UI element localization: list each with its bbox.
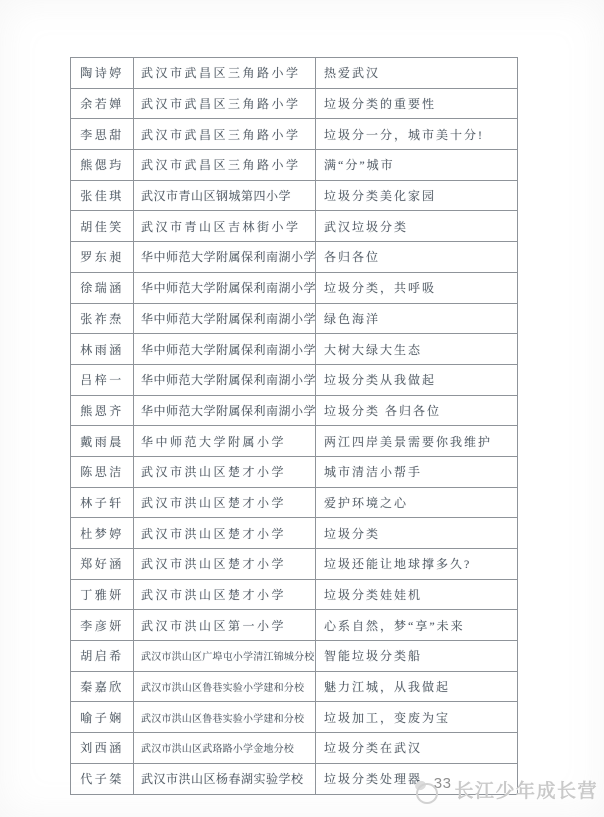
results-table-body: 陶诗婷 武汉市武昌区三角路小学 热爱武汉 余若婵 武汉市武昌区三角路小学 垃圾分… — [71, 58, 518, 795]
student-name-cell: 陶诗婷 — [71, 58, 134, 89]
student-name-cell: 张佳琪 — [71, 180, 134, 211]
slogan-cell: 满“分”城市 — [316, 150, 518, 181]
slogan-cell: 垃圾还能让地球撑多久? — [316, 549, 518, 580]
student-name-cell: 李彦妍 — [71, 610, 134, 641]
student-name-cell: 林雨涵 — [71, 334, 134, 365]
slogan-cell: 智能垃圾分类船 — [316, 641, 518, 672]
school-cell: 武汉市洪山区楚才小学 — [134, 579, 316, 610]
table-row: 胡启希 武汉市洪山区广埠屯小学清江锦城分校 智能垃圾分类船 — [71, 641, 518, 672]
student-name-cell: 熊偲玙 — [71, 150, 134, 181]
table-row: 李思甜 武汉市武昌区三角路小学 垃圾分一分，城市美十分! — [71, 119, 518, 150]
slogan-cell: 城市清洁小帮手 — [316, 456, 518, 487]
table-row: 张祚焘 华中师范大学附属保利南湖小学 绿色海洋 — [71, 303, 518, 334]
slogan-cell: 垃圾分类从我做起 — [316, 364, 518, 395]
slogan-cell: 绿色海洋 — [316, 303, 518, 334]
school-cell: 武汉市武昌区三角路小学 — [134, 58, 316, 89]
school-cell: 武汉市洪山区鲁巷实验小学建和分校 — [134, 702, 316, 733]
slogan-cell: 爱护环境之心 — [316, 487, 518, 518]
student-name-cell: 陈思洁 — [71, 456, 134, 487]
student-name-cell: 杜梦婷 — [71, 518, 134, 549]
logo-ring-shape — [416, 783, 438, 804]
school-cell: 武汉市洪山区杨春湖实验学校 — [134, 763, 316, 794]
table-row: 熊恩齐 华中师范大学附属保利南湖小学 垃圾分类 各归各位 — [71, 395, 518, 426]
table-row: 杜梦婷 武汉市洪山区楚才小学 垃圾分类 — [71, 518, 518, 549]
slogan-cell: 垃圾分类的重要性 — [316, 88, 518, 119]
table-row: 陈思洁 武汉市洪山区楚才小学 城市清洁小帮手 — [71, 456, 518, 487]
slogan-cell: 各归各位 — [316, 242, 518, 273]
table-row: 余若婵 武汉市武昌区三角路小学 垃圾分类的重要性 — [71, 88, 518, 119]
school-cell: 华中师范大学附属保利南湖小学 — [134, 303, 316, 334]
table-row: 罗东昶 华中师范大学附属保利南湖小学 各归各位 — [71, 242, 518, 273]
student-name-cell: 李思甜 — [71, 119, 134, 150]
slogan-cell: 垃圾分类美化家园 — [316, 180, 518, 211]
table-row: 胡佳笑 武汉市青山区吉林街小学 武汉垃圾分类 — [71, 211, 518, 242]
school-cell: 武汉市洪山区广埠屯小学清江锦城分校 — [134, 641, 316, 672]
student-name-cell: 喻子娴 — [71, 702, 134, 733]
school-cell: 华中师范大学附属保利南湖小学 — [134, 334, 316, 365]
student-name-cell: 丁雅妍 — [71, 579, 134, 610]
student-name-cell: 林子轩 — [71, 487, 134, 518]
student-name-cell: 胡佳笑 — [71, 211, 134, 242]
table-row: 徐瑞涵 华中师范大学附属保利南湖小学 垃圾分类，共呼吸 — [71, 272, 518, 303]
table-row: 林子轩 武汉市洪山区楚才小学 爱护环境之心 — [71, 487, 518, 518]
school-cell: 武汉市洪山区鲁巷实验小学建和分校 — [134, 671, 316, 702]
student-name-cell: 吕梓一 — [71, 364, 134, 395]
school-cell: 华中师范大学附属保利南湖小学 — [134, 242, 316, 273]
school-cell: 武汉市洪山区第一小学 — [134, 610, 316, 641]
student-name-cell: 罗东昶 — [71, 242, 134, 273]
school-cell: 武汉市洪山区楚才小学 — [134, 456, 316, 487]
table-row: 张佳琪 武汉市青山区钢城第四小学 垃圾分类美化家园 — [71, 180, 518, 211]
results-table: 陶诗婷 武汉市武昌区三角路小学 热爱武汉 余若婵 武汉市武昌区三角路小学 垃圾分… — [70, 57, 518, 795]
school-cell: 华中师范大学附属保利南湖小学 — [134, 272, 316, 303]
slogan-cell: 垃圾加工，变废为宝 — [316, 702, 518, 733]
slogan-cell: 垃圾分类 各归各位 — [316, 395, 518, 426]
student-name-cell: 郑好涵 — [71, 549, 134, 580]
table-row: 吕梓一 华中师范大学附属保利南湖小学 垃圾分类从我做起 — [71, 364, 518, 395]
student-name-cell: 刘西涵 — [71, 733, 134, 764]
student-name-cell: 戴雨晨 — [71, 426, 134, 457]
table-row: 丁雅妍 武汉市洪山区楚才小学 垃圾分类娃娃机 — [71, 579, 518, 610]
table-row: 郑好涵 武汉市洪山区楚才小学 垃圾还能让地球撑多久? — [71, 549, 518, 580]
slogan-cell: 垃圾分类，共呼吸 — [316, 272, 518, 303]
table-row: 李彦妍 武汉市洪山区第一小学 心系自然，梦“享”未来 — [71, 610, 518, 641]
slogan-cell: 热爱武汉 — [316, 58, 518, 89]
school-cell: 武汉市洪山区武珞路小学金地分校 — [134, 733, 316, 764]
school-cell: 武汉市青山区吉林街小学 — [134, 211, 316, 242]
school-cell: 武汉市武昌区三角路小学 — [134, 88, 316, 119]
table-row: 喻子娴 武汉市洪山区鲁巷实验小学建和分校 垃圾加工，变废为宝 — [71, 702, 518, 733]
school-cell: 武汉市洪山区楚才小学 — [134, 487, 316, 518]
slogan-cell: 魅力江城，从我做起 — [316, 671, 518, 702]
school-cell: 武汉市洪山区楚才小学 — [134, 518, 316, 549]
student-name-cell: 熊恩齐 — [71, 395, 134, 426]
school-cell: 华中师范大学附属保利南湖小学 — [134, 364, 316, 395]
student-name-cell: 徐瑞涵 — [71, 272, 134, 303]
table-row: 戴雨晨 华中师范大学附属小学 两江四岸美景需要你我维护 — [71, 426, 518, 457]
school-cell: 武汉市武昌区三角路小学 — [134, 150, 316, 181]
slogan-cell: 两江四岸美景需要你我维护 — [316, 426, 518, 457]
watermark-text: 长江少年成长营 — [454, 782, 598, 801]
slogan-cell: 垃圾分类娃娃机 — [316, 579, 518, 610]
school-cell: 武汉市青山区钢城第四小学 — [134, 180, 316, 211]
student-name-cell: 秦嘉欣 — [71, 671, 134, 702]
school-cell: 武汉市洪山区楚才小学 — [134, 549, 316, 580]
document-page: 陶诗婷 武汉市武昌区三角路小学 热爱武汉 余若婵 武汉市武昌区三角路小学 垃圾分… — [0, 0, 604, 817]
table-row: 陶诗婷 武汉市武昌区三角路小学 热爱武汉 — [71, 58, 518, 89]
table-row: 秦嘉欣 武汉市洪山区鲁巷实验小学建和分校 魅力江城，从我做起 — [71, 671, 518, 702]
student-name-cell: 代子桀 — [71, 763, 134, 794]
slogan-cell: 武汉垃圾分类 — [316, 211, 518, 242]
slogan-cell: 垃圾分类在武汉 — [316, 733, 518, 764]
school-cell: 华中师范大学附属保利南湖小学 — [134, 395, 316, 426]
slogan-cell: 心系自然，梦“享”未来 — [316, 610, 518, 641]
page-footer: 33 长江少年成长营 — [414, 776, 598, 803]
table-row: 刘西涵 武汉市洪山区武珞路小学金地分校 垃圾分类在武汉 — [71, 733, 518, 764]
slogan-cell: 大树大绿大生态 — [316, 334, 518, 365]
watermark-logo-icon — [414, 779, 438, 803]
student-name-cell: 胡启希 — [71, 641, 134, 672]
student-name-cell: 余若婵 — [71, 88, 134, 119]
student-name-cell: 张祚焘 — [71, 303, 134, 334]
school-cell: 华中师范大学附属小学 — [134, 426, 316, 457]
school-cell: 武汉市武昌区三角路小学 — [134, 119, 316, 150]
slogan-cell: 垃圾分类 — [316, 518, 518, 549]
table-row: 熊偲玙 武汉市武昌区三角路小学 满“分”城市 — [71, 150, 518, 181]
slogan-cell: 垃圾分一分，城市美十分! — [316, 119, 518, 150]
table-row: 林雨涵 华中师范大学附属保利南湖小学 大树大绿大生态 — [71, 334, 518, 365]
